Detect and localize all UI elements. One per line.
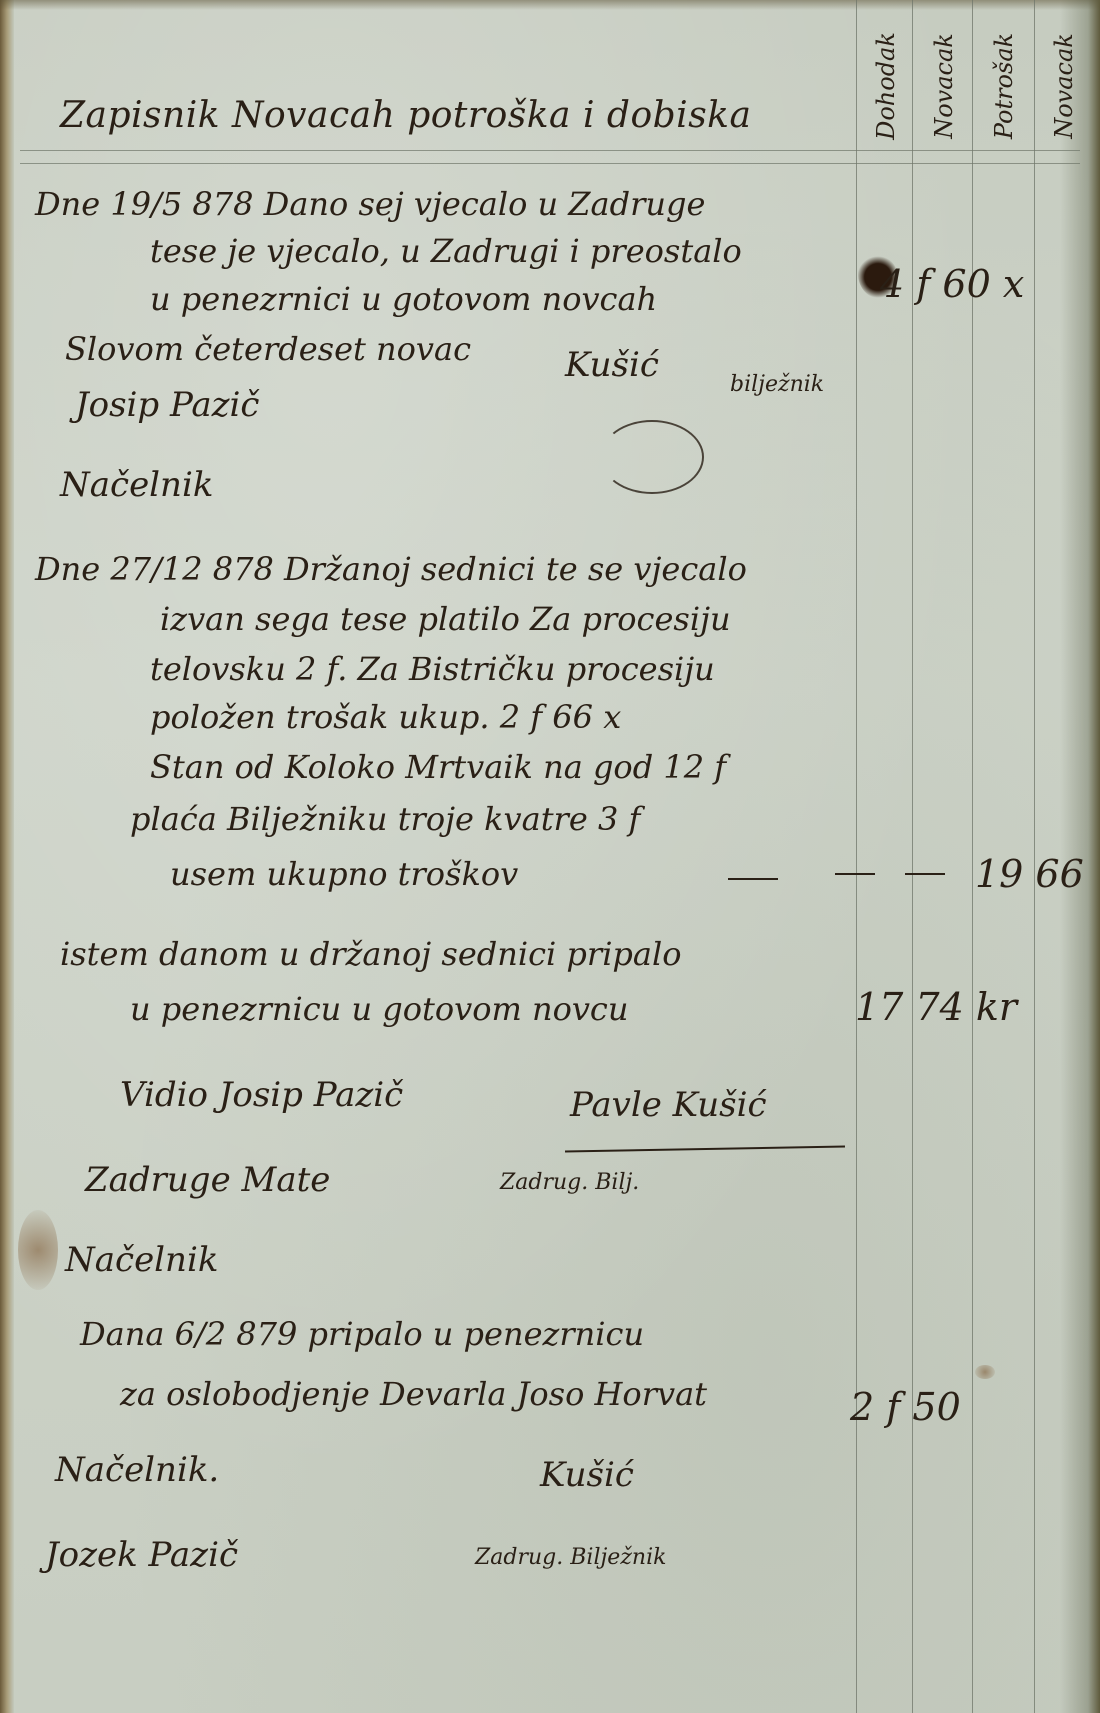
entry-1-line-1: Dne 19/5 878 Dano sej vjecalo u Zadruge [35,185,705,223]
entry-3-line-2: u penezrnicu u gotovom novcu [130,990,628,1028]
entry-3-signature-left-title-2: Načelnik [65,1240,218,1280]
entry-2-line-1: Dne 27/12 878 Držanoj sednici te se vjec… [35,550,747,588]
column-rule-1 [856,0,857,1713]
column-rule-3 [972,0,973,1713]
entry-1-line-3: u penezrnici u gotovom novcah [150,280,657,318]
paper-stain [18,1210,58,1290]
paper-stain [975,1365,995,1379]
column-header-dohodak: Dohodak [862,10,910,160]
header-rule-2 [20,163,1080,164]
page-top-shadow [0,0,1100,10]
column-header-label: Potrošak [990,33,1018,139]
signature-underline [565,1146,845,1153]
entry-1-signature-left-name: Josip Pazič [75,385,259,425]
entry-3-income-amount: 17 74 kr [855,985,1017,1029]
entry-4-line-1: Dana 6/2 879 pripalo u penezrnicu [80,1315,644,1353]
column-header-label: Novacak [1050,33,1078,139]
entry-3-signature-left-name: Vidio Josip Pazič [120,1075,403,1115]
entry-2-line-4: položen trošak ukup. 2 f 66 x [150,698,621,736]
fill-dash-3 [905,873,945,875]
entry-4-line-2: za oslobodjenje Devarla Joso Horvat [120,1375,707,1413]
entry-1-signature-right-title: bilježnik [730,372,824,397]
column-header-potrosak: Potrošak [980,10,1028,160]
entry-4-signature-left-title: Načelnik. [55,1450,219,1490]
entry-4-signature-right-title: Zadrug. Bilježnik [475,1545,666,1570]
entry-1-signature-left-title: Načelnik [60,465,213,505]
entry-1-line-2: tese je vjecalo, u Zadrugi i preostalo [150,232,742,270]
entry-3-signature-right-name: Pavle Kušić [570,1085,767,1125]
entry-1-signature-right-name: Kušić [565,345,659,385]
entry-4-income-amount: 2 f 50 [850,1385,961,1429]
signature-flourish [600,420,704,494]
column-header-label: Dohodak [872,32,900,140]
entry-3-line-1: istem danom u držanoj sednici pripalo [60,935,681,973]
entry-4-signature-left-name: Jozek Pazič [45,1535,238,1575]
ledger-page: Dohodak Novacak Potrošak Novacak Zapisni… [0,0,1100,1713]
entry-2-line-7: usem ukupno troškov [170,855,518,893]
entry-2-expense-amount: 19 66 [975,852,1084,896]
entry-4-signature-right-name: Kušić [540,1455,634,1495]
entry-3-signature-right-title: Zadrug. Bilj. [500,1170,639,1195]
entry-3-signature-left-title-1: Zadruge Mate [85,1160,330,1200]
column-header-label: Novacak [930,33,958,139]
entry-1-words-line: Slovom četerdeset novac [65,330,471,368]
entry-2-line-6: plaća Bilježniku troje kvatre 3 f [130,800,640,838]
entry-1-income-amount: 4 f 60 x [880,262,1024,306]
binding-edge [0,0,14,1713]
column-rule-2 [912,0,913,1713]
fill-dash-2 [835,873,875,875]
entry-2-line-3: telovsku 2 f. Za Bistričku procesiju [150,650,715,688]
column-header-novacak-2: Novacak [1040,10,1088,160]
entry-2-line-2: izvan sega tese platilo Za procesiju [160,600,731,638]
fill-dash-1 [728,878,778,880]
ledger-title: Zapisnik Novacah potroška i dobiska [60,95,751,136]
entry-2-line-5: Stan od Koloko Mrtvaik na god 12 f [150,748,726,786]
column-header-novacak-1: Novacak [920,10,968,160]
